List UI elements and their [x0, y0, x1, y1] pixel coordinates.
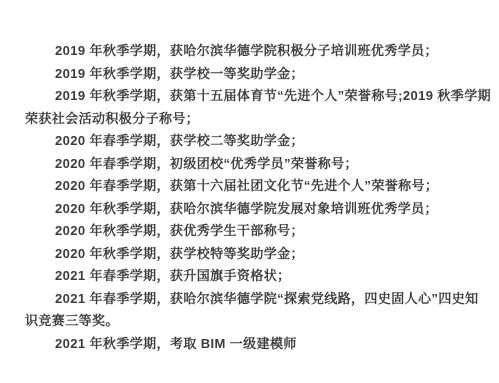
- document-line: 2020 年秋季学期，获优秀学生干部称号；: [25, 220, 491, 243]
- document-line: 识竞赛三等奖。: [25, 310, 491, 333]
- document-line: 2020 年秋季学期，获哈尔滨华德学院发展对象培训班优秀学员；: [25, 198, 491, 221]
- document-line: 2020 年秋季学期，获学校特等奖助学金；: [25, 243, 491, 266]
- document-line: 荣获社会活动积极分子称号；: [25, 108, 491, 131]
- document-line: 2020 年春季学期，获第十六届社团文化节“先进个人”荣誉称号；: [25, 175, 491, 198]
- document-line: 2020 年春季学期，初级团校“优秀学员”荣誉称号；: [25, 153, 491, 176]
- document-line: 2019 年秋季学期，获学校一等奖助学金；: [25, 63, 491, 86]
- document-line: 2020 年春季学期，获学校二等奖助学金；: [25, 130, 491, 153]
- document-line: 2019 年秋季学期，获第十五届体育节“先进个人”荣誉称号;2019 秋季学期: [25, 85, 491, 108]
- document-line: 2019 年秋季学期，获哈尔滨华德学院积极分子培训班优秀学员；: [25, 40, 491, 63]
- document-line: 2021 年秋季学期，考取 BIM 一级建模师: [25, 333, 491, 356]
- document-line: 2021 年春季学期，获哈尔滨华德学院“探索党线路，四史固人心”四史知: [25, 288, 491, 311]
- document-page: 2019 年秋季学期，获哈尔滨华德学院积极分子培训班优秀学员；2019 年秋季学…: [0, 0, 499, 383]
- document-line: 2021 年春季学期，获升国旗手资格状；: [25, 265, 491, 288]
- document-body: 2019 年秋季学期，获哈尔滨华德学院积极分子培训班优秀学员；2019 年秋季学…: [25, 40, 491, 355]
